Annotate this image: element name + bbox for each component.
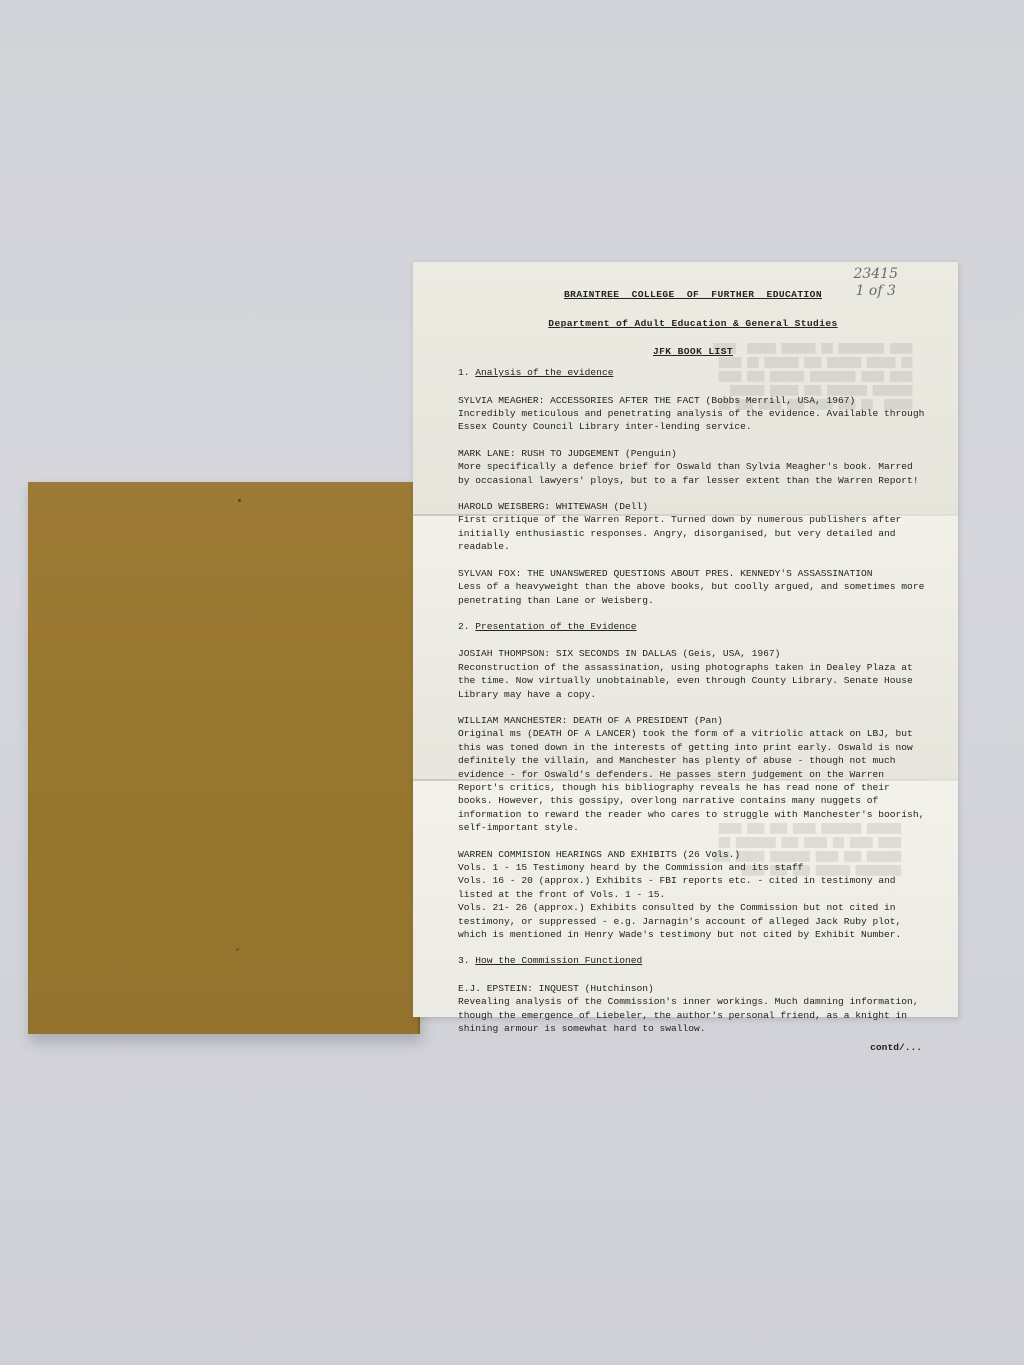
- book-title: WARREN COMMISION HEARINGS AND EXHIBITS (…: [458, 848, 928, 861]
- continued-marker: contd/...: [458, 1041, 928, 1054]
- book-description: Incredibly meticulous and penetrating an…: [458, 407, 928, 434]
- section-number: 1.: [458, 367, 470, 378]
- section-title: Presentation of the Evidence: [475, 621, 636, 632]
- book-title: HAROLD WEISBERG: WHITEWASH (Dell): [458, 500, 928, 513]
- book-description: Revealing analysis of the Commission's i…: [458, 995, 928, 1035]
- book-description: First critique of the Warren Report. Tur…: [458, 513, 928, 553]
- book-entry: MARK LANE: RUSH TO JUDGEMENT (Penguin) M…: [458, 447, 928, 487]
- section-title: Analysis of the evidence: [475, 367, 613, 378]
- volume-range-line: Vols. 1 - 15 Testimony heard by the Comm…: [458, 861, 928, 874]
- book-entry: WILLIAM MANCHESTER: DEATH OF A PRESIDENT…: [458, 714, 928, 835]
- jfk-book-list-sheet: ████ ████████ ██ ██████ █████ ████ ██ ██…: [413, 262, 958, 1017]
- cover-speck: [238, 499, 241, 502]
- book-title: SYLVIA MEAGHER: ACCESSORIES AFTER THE FA…: [458, 394, 928, 407]
- department-heading: Department of Adult Education & General …: [458, 317, 928, 330]
- list-title: JFK BOOK LIST: [458, 345, 928, 358]
- section-title: How the Commission Functioned: [475, 955, 642, 966]
- book-description: More specifically a defence brief for Os…: [458, 460, 928, 487]
- book-description: Original ms (DEATH OF A LANCER) took the…: [458, 727, 928, 834]
- book-title: JOSIAH THOMPSON: SIX SECONDS IN DALLAS (…: [458, 647, 928, 660]
- book-entry: E.J. EPSTEIN: INQUEST (Hutchinson) Revea…: [458, 982, 928, 1036]
- book-description: Less of a heavyweight than the above boo…: [458, 580, 928, 607]
- book-description: Reconstruction of the assassination, usi…: [458, 661, 928, 701]
- cover-speck: [236, 948, 239, 951]
- institution-heading: BRAINTREE COLLEGE OF FURTHER EDUCATION: [458, 288, 928, 301]
- book-title: WILLIAM MANCHESTER: DEATH OF A PRESIDENT…: [458, 714, 928, 727]
- section-heading: 3. How the Commission Functioned: [458, 954, 928, 967]
- section-heading: 2. Presentation of the Evidence: [458, 620, 928, 633]
- document-body: BRAINTREE COLLEGE OF FURTHER EDUCATION D…: [458, 288, 928, 1055]
- catalog-number: 23415: [853, 266, 898, 283]
- section-number: 3.: [458, 955, 470, 966]
- book-title: E.J. EPSTEIN: INQUEST (Hutchinson): [458, 982, 928, 995]
- book-entry: SYLVIA MEAGHER: ACCESSORIES AFTER THE FA…: [458, 394, 928, 434]
- volume-range-line: Vols. 16 - 20 (approx.) Exhibits - FBI r…: [458, 874, 928, 901]
- book-title: SYLVAN FOX: THE UNANSWERED QUESTIONS ABO…: [458, 567, 928, 580]
- book-title: MARK LANE: RUSH TO JUDGEMENT (Penguin): [458, 447, 928, 460]
- volume-range-line: Vols. 21- 26 (approx.) Exhibits consulte…: [458, 901, 928, 941]
- section-heading: 1. Analysis of the evidence: [458, 366, 928, 379]
- book-entry: WARREN COMMISION HEARINGS AND EXHIBITS (…: [458, 848, 928, 942]
- book-entry: HAROLD WEISBERG: WHITEWASH (Dell) First …: [458, 500, 928, 554]
- book-entry: SYLVAN FOX: THE UNANSWERED QUESTIONS ABO…: [458, 567, 928, 607]
- book-entry: JOSIAH THOMPSON: SIX SECONDS IN DALLAS (…: [458, 647, 928, 701]
- section-number: 2.: [458, 621, 470, 632]
- yellow-booklet: [28, 482, 420, 1034]
